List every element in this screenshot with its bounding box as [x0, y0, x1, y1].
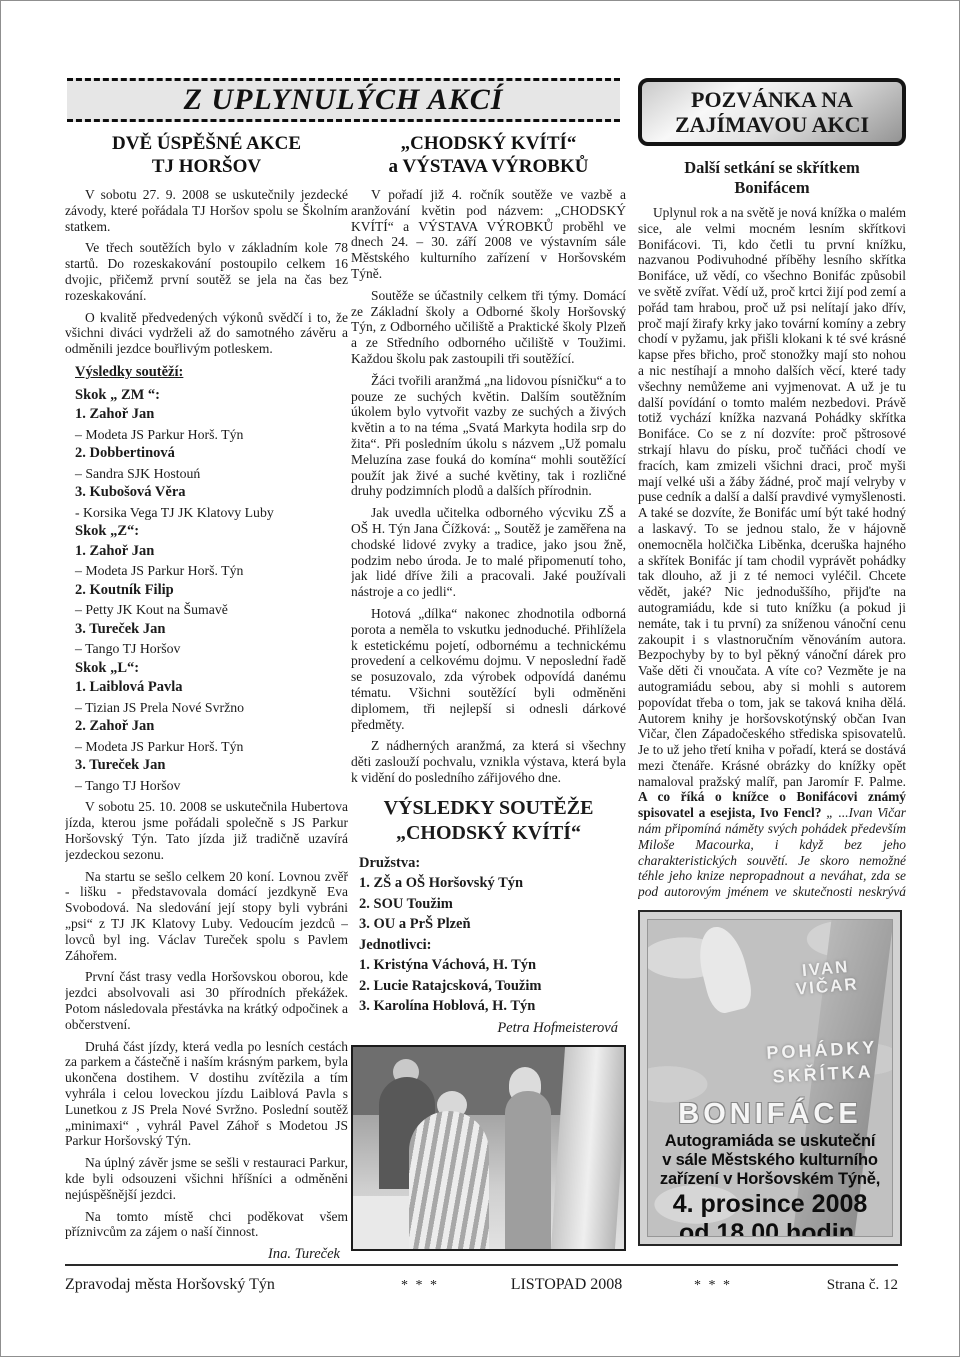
team-item: 2. SOU Toužim	[359, 894, 626, 915]
cover-gnome-figure	[692, 922, 755, 1016]
newspaper-page: Z UPLYNULÝCH AKCÍ DVĚ ÚSPĚŠNÉ AKCE TJ HO…	[0, 0, 960, 1357]
paragraph: Žáci tvořili aranžmá „na lidovou písničk…	[351, 373, 626, 499]
individual-item: 2. Lucie Ratajcsková, Toužim	[359, 976, 626, 997]
invitation-banner-line2: ZAJÍMAVOU AKCI	[675, 112, 869, 137]
invitation-body-text: Uplynul rok a na světě je nová knížka o …	[638, 205, 906, 789]
book-cover: IVAN VIČAR POHÁDKY SKŘÍTKA BONIFÁCE Auto…	[638, 910, 902, 1246]
result-entry-name: 2. Dobbertinová	[75, 444, 348, 464]
contest-results-title-line2: „CHODSKÝ KVÍTÍ“	[396, 822, 581, 844]
result-section-title: Skok „ ZM “:	[75, 386, 348, 406]
exhibition-photo	[351, 1045, 626, 1251]
separator-stars: * * *	[365, 1278, 475, 1294]
result-entry-detail: – Modeta JS Parkur Horš. Týn	[75, 737, 348, 757]
contest-results-title-line1: VÝSLEDKY SOUTĚŽE	[384, 797, 594, 819]
article-chodsky-title-line2: a VÝSTAVA VÝROBKŮ	[389, 156, 589, 177]
article-horsov: DVĚ ÚSPĚŠNÉ AKCE TJ HORŠOV V sobotu 27. …	[65, 132, 348, 1258]
publication-name: Zpravodaj města Horšovský Týn	[65, 1276, 365, 1294]
paragraph: Soutěže se účastnily celkem tři týmy. Do…	[351, 288, 626, 367]
paragraph: Ve třech soutěžích bylo v základním kole…	[65, 240, 348, 303]
announcement-date: 4. prosince 2008	[649, 1191, 891, 1218]
photo-shape-tree-trunk	[551, 1047, 626, 1249]
book-title-line1: POHÁDKY	[766, 1037, 878, 1063]
announcement-line2: v sále Městského kulturního	[649, 1151, 891, 1170]
page-number: Strana č. 12	[768, 1277, 898, 1294]
team-item: 1. ZŠ a OŠ Horšovský Týn	[359, 873, 626, 894]
teams-label: Družstva:	[359, 853, 626, 874]
announcement-line3: zařízení v Horšovském Týně,	[649, 1170, 891, 1189]
book-author: IVAN VIČAR	[794, 957, 860, 998]
invitation-subtitle-line1: Další setkání se skřítkem	[684, 158, 860, 177]
result-section-title: Skok „Z“:	[75, 522, 348, 542]
announcement-line1: Autogramiáda se uskuteční	[649, 1132, 891, 1151]
result-entry-name: 2. Zahoř Jan	[75, 717, 348, 737]
paragraph: Z nádherných aranžmá, za která si všechn…	[351, 738, 626, 785]
photo-shape-person	[505, 1091, 551, 1249]
autograph-announcement: Autogramiáda se uskuteční v sále Městské…	[649, 1132, 891, 1237]
result-entry-detail: – Tango TJ Horšov	[75, 639, 348, 659]
paragraph: První část trasy vedla Horšovskou oborou…	[65, 969, 348, 1032]
paragraph: Hotová „dílka“ nakonec zhodnotila odborn…	[351, 606, 626, 732]
section-banner: Z UPLYNULÝCH AKCÍ	[67, 78, 620, 122]
book-cover-illustration: IVAN VIČAR POHÁDKY SKŘÍTKA BONIFÁCE Auto…	[647, 919, 893, 1237]
section-banner-title: Z UPLYNULÝCH AKCÍ	[184, 83, 504, 117]
announcement-time: od 18.00 hodin.	[649, 1220, 891, 1237]
article-chodsky-title-line1: „CHODSKÝ KVÍTÍ“	[401, 133, 577, 154]
result-entry-detail: - Korsika Vega TJ JK Klatovy Luby	[75, 503, 348, 523]
footer-divider	[65, 1264, 898, 1266]
result-entry-detail: – Modeta JS Parkur Horš. Týn	[75, 425, 348, 445]
result-entry-name: 3. Tureček Jan	[75, 620, 348, 640]
result-entry-name: 1. Zahoř Jan	[75, 405, 348, 425]
results-heading: Výsledky soutěží:	[75, 364, 348, 381]
invitation-banner: POZVÁNKA NA ZAJÍMAVOU AKCI	[638, 78, 906, 146]
separator-stars: * * *	[658, 1278, 768, 1294]
paragraph: Na úplný závěr jsme se sešli v restaurac…	[65, 1155, 348, 1202]
paragraph: Na tomto místě chci poděkovat všem přízn…	[65, 1209, 348, 1241]
article-horsov-title: DVĚ ÚSPĚŠNÉ AKCE TJ HORŠOV	[65, 132, 348, 178]
paragraph: V sobotu 25. 10. 2008 se uskutečnila Hub…	[65, 799, 348, 862]
issue-label: LISTOPAD 2008	[475, 1276, 658, 1294]
team-item: 3. OU a PrŠ Plzeň	[359, 914, 626, 935]
book-title-line2: SKŘÍTKA	[772, 1061, 874, 1086]
result-entry-name: 3. Kubošová Věra	[75, 483, 348, 503]
paragraph: O kvalitě předvedených výkonů svědčí i t…	[65, 310, 348, 357]
result-entry-detail: – Tango TJ Horšov	[75, 776, 348, 796]
page-footer: Zpravodaj města Horšovský Týn * * * LIST…	[65, 1276, 898, 1294]
result-section-title: Skok „L“:	[75, 659, 348, 679]
result-entry-detail: – Sandra SJK Hostouń	[75, 464, 348, 484]
paragraph: V pořadí již 4. ročník soutěže ve vazbě …	[351, 187, 626, 282]
contest-results-title: VÝSLEDKY SOUTĚŽE „CHODSKÝ KVÍTÍ“	[351, 796, 626, 846]
result-entry-detail: – Petty JK Kout na Šumavě	[75, 600, 348, 620]
paragraph: V sobotu 27. 9. 2008 se uskutečnily jezd…	[65, 187, 348, 234]
paragraph: Druhá část jízdy, která vedla po lesních…	[65, 1039, 348, 1150]
article-chodsky-kviti: „CHODSKÝ KVÍTÍ“ a VÝSTAVA VÝROBKŮ V pořa…	[351, 132, 626, 1258]
article-horsov-title-line1: DVĚ ÚSPĚŠNÉ AKCE	[112, 133, 301, 154]
book-title-large: BONIFÁCE	[652, 1098, 888, 1131]
result-entry-name: 3. Tureček Jan	[75, 756, 348, 776]
article-horsov-title-line2: TJ HORŠOV	[152, 156, 261, 177]
result-entry-name: 1. Zahoř Jan	[75, 542, 348, 562]
result-entry-name: 2. Koutník Filip	[75, 581, 348, 601]
invitation-body: Uplynul rok a na světě je nová knížka o …	[638, 205, 906, 900]
invitation-subtitle: Další setkání se skřítkem Bonifácem	[638, 158, 906, 198]
book-title-small: POHÁDKY SKŘÍTKA	[766, 1035, 879, 1089]
author-signature: Ing. Tureček	[65, 1246, 348, 1258]
photo-shape-person-striped	[409, 1111, 489, 1251]
invitation-column: POZVÁNKA NA ZAJÍMAVOU AKCI Další setkání…	[638, 78, 906, 1258]
individuals-label: Jednotlivci:	[359, 935, 626, 956]
paragraph: Na startu se sešlo celkem 20 koní. Lovno…	[65, 869, 348, 964]
invitation-subtitle-line2: Bonifácem	[734, 178, 809, 197]
individual-item: 1. Kristýna Váchová, H. Týn	[359, 955, 626, 976]
individual-item: 3. Karolína Hoblová, H. Týn	[359, 996, 626, 1017]
result-entry-name: 1. Laiblová Pavla	[75, 678, 348, 698]
author-signature: Petra Hofmeisterová	[351, 1020, 626, 1037]
result-entry-detail: – Modeta JS Parkur Horš. Týn	[75, 561, 348, 581]
paragraph: Jak uvedla učitelka odborného výcviku ZŠ…	[351, 505, 626, 600]
result-entry-detail: – Tizian JS Prela Nové Svržno	[75, 698, 348, 718]
invitation-banner-line1: POZVÁNKA NA	[691, 87, 853, 112]
article-chodsky-title: „CHODSKÝ KVÍTÍ“ a VÝSTAVA VÝROBKŮ	[351, 132, 626, 178]
